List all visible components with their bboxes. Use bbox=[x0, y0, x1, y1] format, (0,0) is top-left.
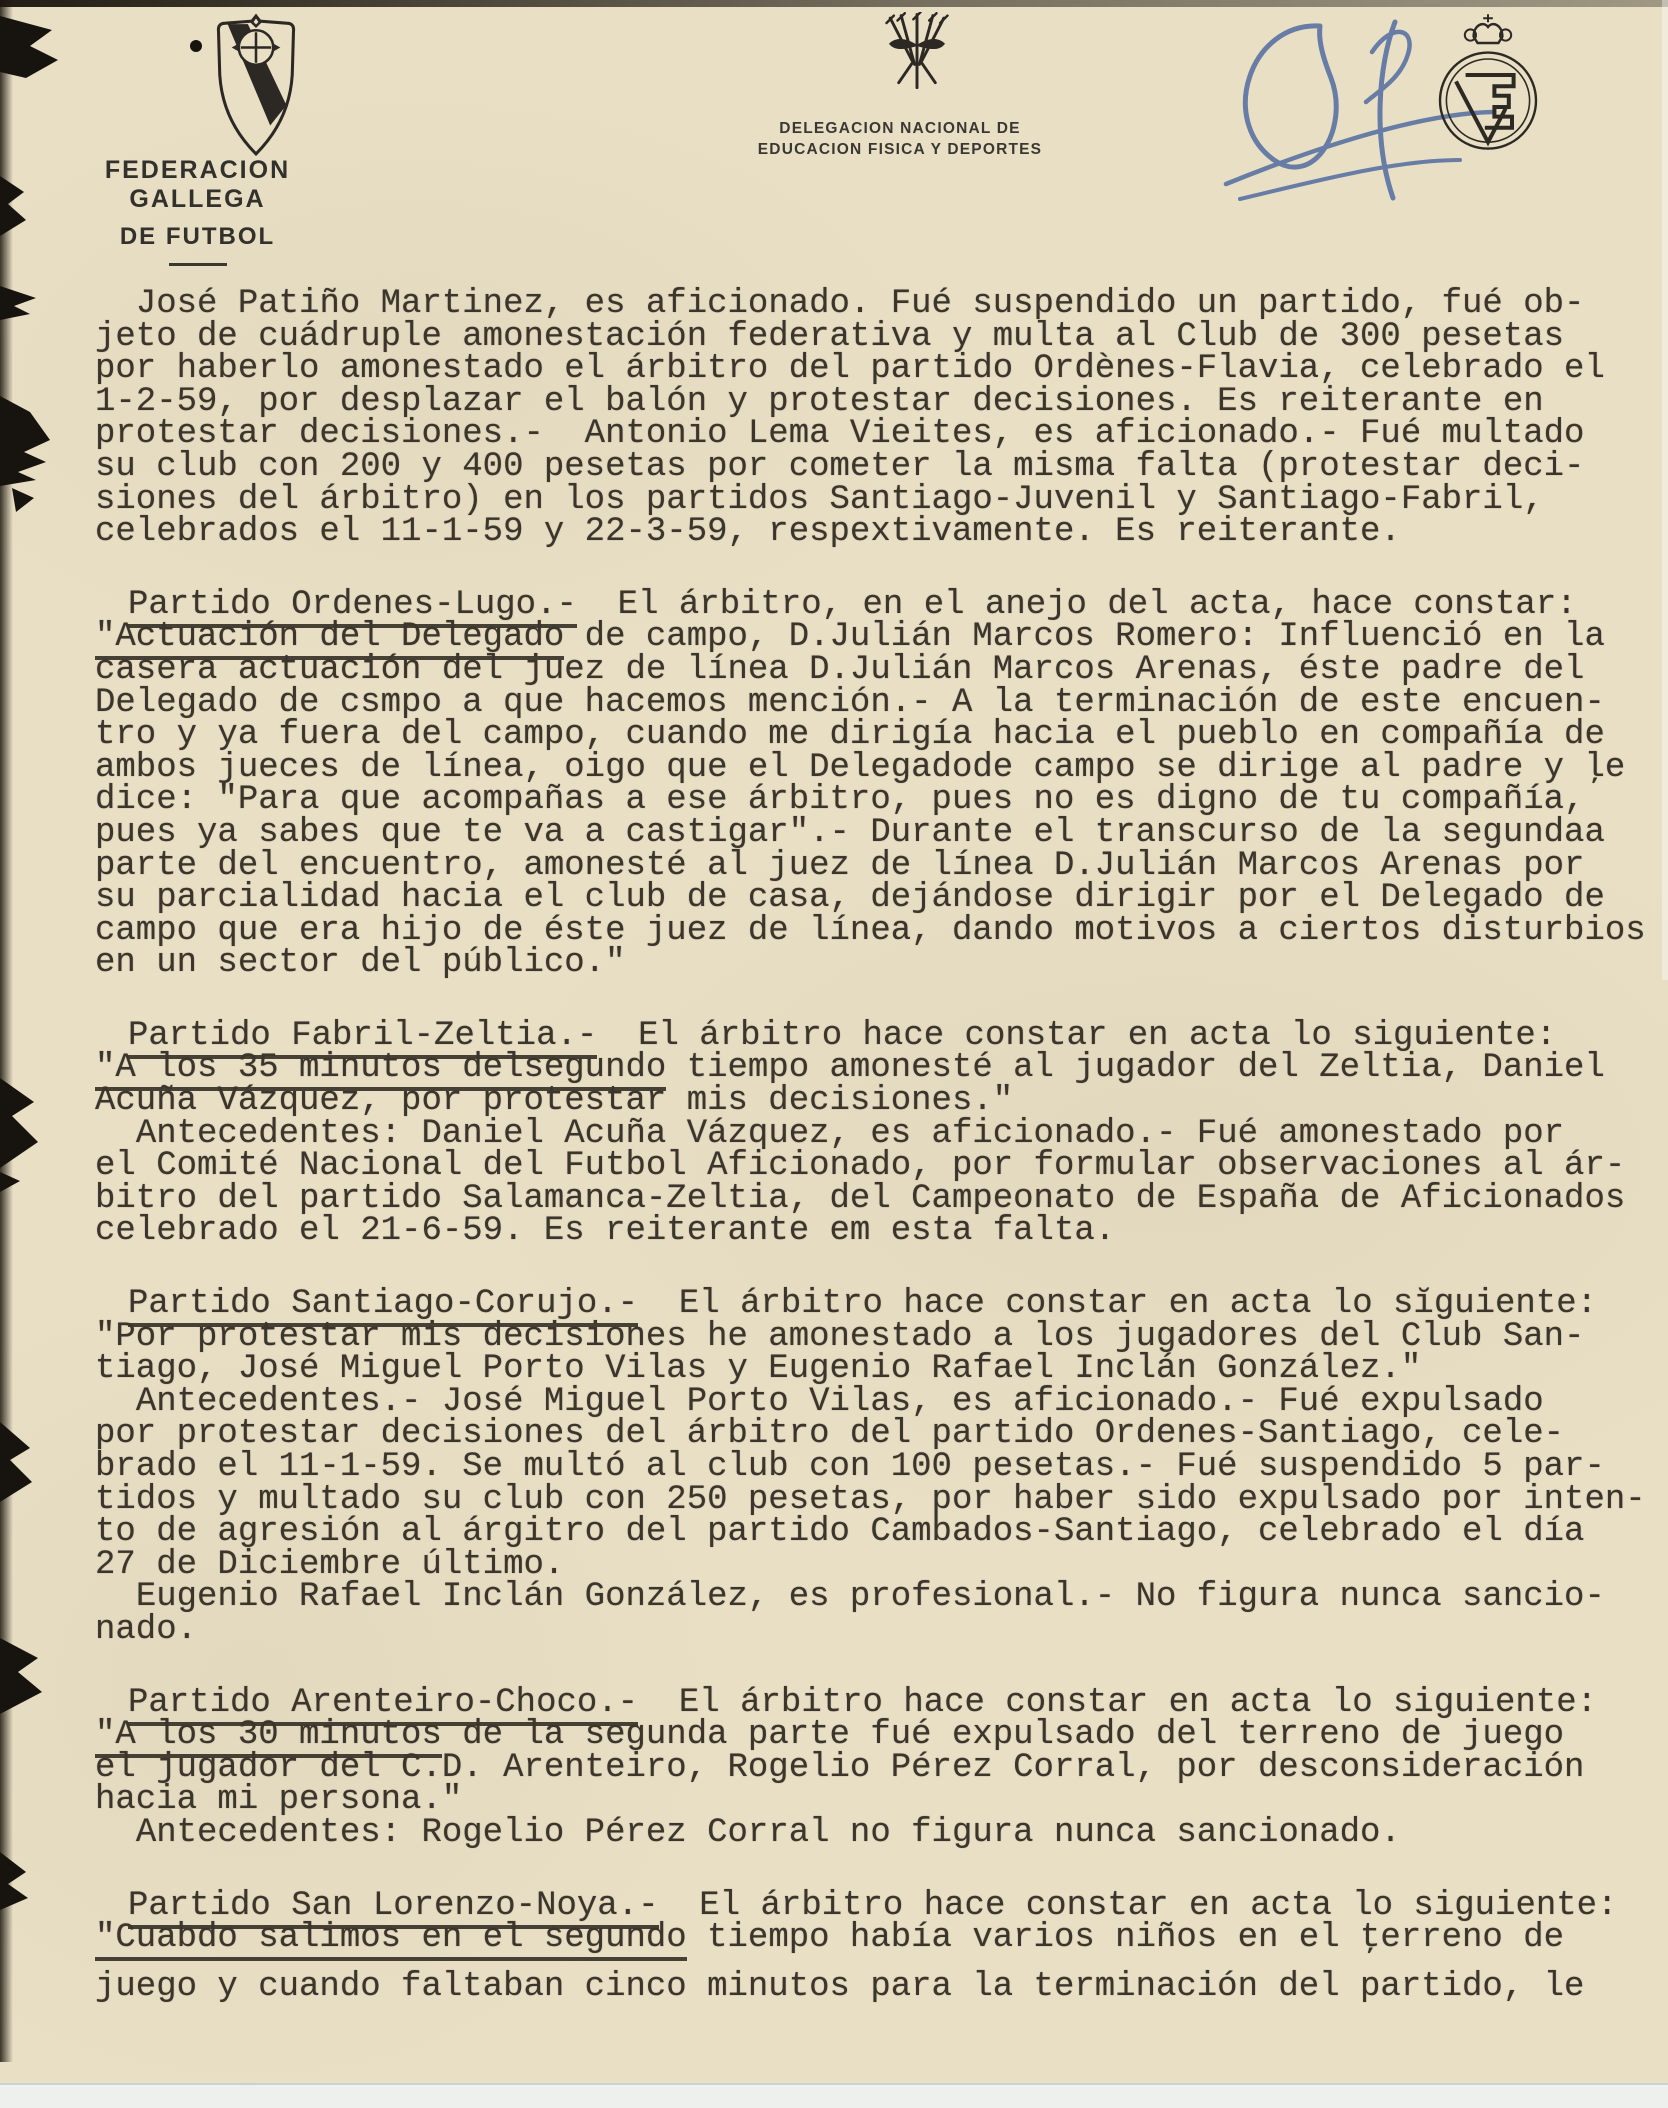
org-name-line1: FEDERACION GALLEGA bbox=[55, 156, 340, 214]
scan-left-edge bbox=[0, 0, 13, 2062]
org-name-line2: DE FUTBOL bbox=[55, 223, 340, 251]
delegation-line2: EDUCACION FISICA Y DEPORTES bbox=[745, 139, 1055, 160]
paragraph-jose-patino: José Patiño Martinez, es aficionado. Fué… bbox=[95, 288, 1655, 549]
section-heading-line: Partido Ordenes-Lugo.- El árbitro, en el… bbox=[95, 589, 1655, 622]
section-body: "Por protestar mis decisiones he amonest… bbox=[95, 1321, 1655, 1647]
paragraph-jose-patino-text: José Patiño Martinez, es aficionado. Fué… bbox=[95, 285, 1605, 551]
crown-crest-icon bbox=[1432, 8, 1544, 166]
scanned-document-page: FEDERACION GALLEGA DE FUTBOL DELEGACION … bbox=[0, 0, 1668, 2108]
delegation-letterhead: DELEGACION NACIONAL DE EDUCACION FISICA … bbox=[745, 118, 1055, 160]
fgf-shield-icon bbox=[202, 10, 310, 162]
quote-underlined: "Cuabdo salimos en el segundo bbox=[95, 1919, 687, 1961]
section-body: "Cuabdo salimos en el segundo tiempo hab… bbox=[95, 1922, 1655, 1955]
section-body: "Actuación del Delegado de campo, D.Juli… bbox=[95, 621, 1655, 980]
section-body-text: "Por protestar mis decisiones he amonest… bbox=[95, 1318, 1646, 1649]
section-partido-ordenes-lugo: Partido Ordenes-Lugo.- El árbitro, en el… bbox=[95, 589, 1655, 980]
org-name-underline bbox=[169, 263, 227, 266]
falange-yoke-arrows-icon bbox=[874, 12, 960, 90]
section-last-line: juego y cuando faltaban cinco minutos pa… bbox=[95, 1971, 1655, 2004]
section-heading-line: Partido San Lorenzo-Noya.- El árbitro ha… bbox=[95, 1890, 1655, 1923]
delegation-line1: DELEGACION NACIONAL DE bbox=[745, 118, 1055, 139]
typewritten-body: José Patiño Martinez, es aficionado. Fué… bbox=[95, 288, 1655, 2003]
section-partido-santiago-corujo: Partido Santiago-Corujo.- El árbitro hac… bbox=[95, 1288, 1655, 1647]
section-body: "A los 30 minutos de la segunda parte fu… bbox=[95, 1719, 1655, 1849]
section-body: "A los 35 minutos delsegundo tiempo amon… bbox=[95, 1052, 1655, 1248]
section-partido-arenteiro-choco: Partido Arenteiro-Choco.- El árbitro hac… bbox=[95, 1687, 1655, 1850]
section-body-text: de campo, D.Julián Marcos Romero: Influe… bbox=[95, 618, 1646, 982]
scan-top-edge bbox=[0, 0, 1668, 7]
federation-letterhead: FEDERACION GALLEGA DE FUTBOL bbox=[55, 156, 340, 266]
section-heading-line: Partido Arenteiro-Choco.- El árbitro hac… bbox=[95, 1687, 1655, 1720]
scan-bottom-edge bbox=[0, 2083, 1668, 2108]
scan-right-edge bbox=[1662, 0, 1668, 980]
section-heading-line: Partido Fabril-Zeltia.- El árbitro hace … bbox=[95, 1020, 1655, 1053]
section-heading-line: Partido Santiago-Corujo.- El árbitro hac… bbox=[95, 1288, 1655, 1321]
section-body-text: tiempo había varios niños en el ţerreno … bbox=[687, 1919, 1564, 1957]
section-partido-san-lorenzo-noya: Partido San Lorenzo-Noya.- El árbitro ha… bbox=[95, 1890, 1655, 2004]
section-partido-fabril-zeltia: Partido Fabril-Zeltia.- El árbitro hace … bbox=[95, 1020, 1655, 1248]
